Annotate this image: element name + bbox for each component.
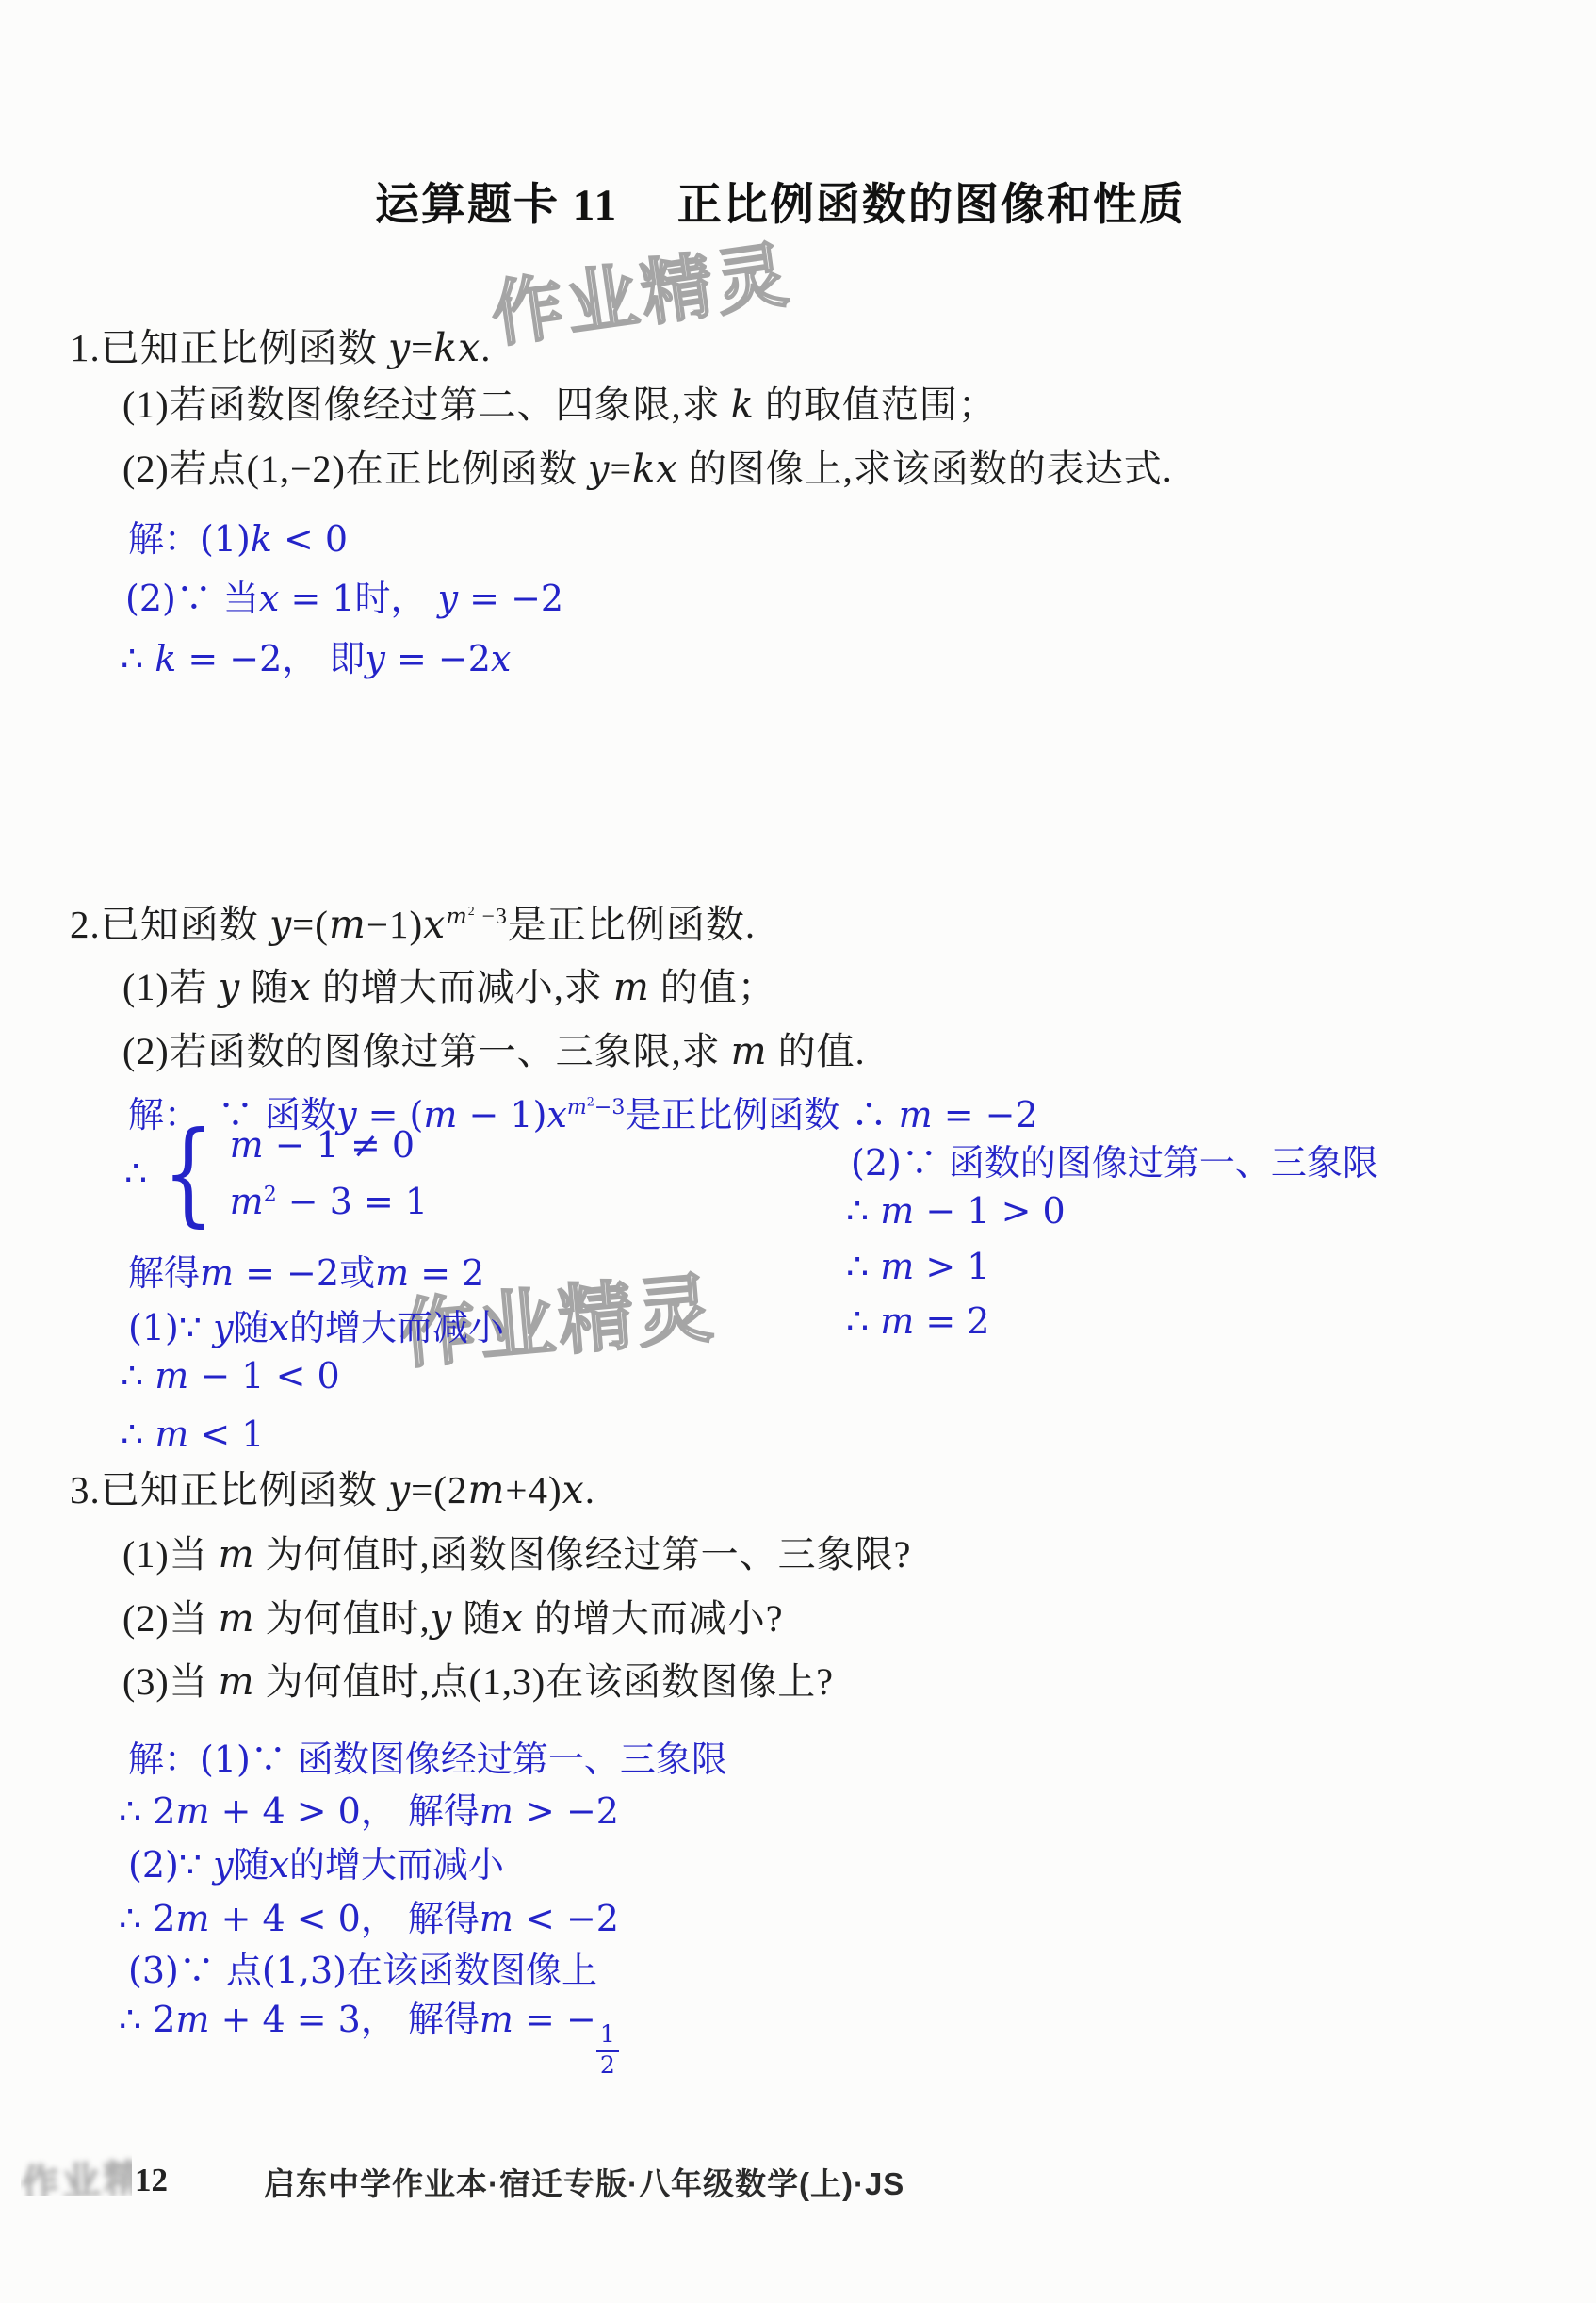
- question-1-part-1: (1)若函数图像经过第二、四象限,求 k 的取值范围；: [122, 375, 997, 429]
- question-2-answer-right-1: (2)∵ 函数的图像过第一、三象限: [851, 1134, 1378, 1185]
- question-2-part-2: (2)若函数的图像过第一、三象限,求 m 的值.: [122, 1021, 866, 1075]
- workbook-page: 运算题卡 11 正比例函数的图像和性质 作业精灵 作业精灵 作业精灵 1.已知正…: [0, 0, 1596, 2303]
- question-3-answer-line-4: ∴ 2m + 4 < 0， 解得m < −2: [119, 1889, 619, 1941]
- question-2-part-1: (1)若 y 随x 的增大而减小,求 m 的值；: [122, 957, 776, 1011]
- question-2-answer-left-3: ∴ m − 1 < 0: [121, 1355, 340, 1396]
- question-3-answer-line-3: (2)∵ y随x的增大而减小: [128, 1836, 504, 1887]
- question-1-answer-line-1: 解：(1)k < 0: [128, 510, 348, 562]
- left-brace-icon: {: [163, 1118, 214, 1230]
- therefore-symbol: ∴: [124, 1152, 147, 1194]
- question-3-part-2: (2)当 m 为何值时,y 随x 的增大而减小?: [122, 1589, 784, 1642]
- question-2-answer-left-1: 解得m = −2或m = 2: [128, 1244, 484, 1296]
- question-1-part-2: (2)若点(1,−2)在正比例函数 y=kx 的图像上,求该函数的表达式.: [122, 439, 1173, 493]
- question-3-answer-line-6: ∴ 2m + 4 = 3， 解得m = −12: [119, 1990, 619, 2080]
- question-2-answer-right-2: ∴ m − 1 > 0: [846, 1190, 1066, 1232]
- question-1-answer-line-2: (2)∵ 当x = 1时， y = −2: [125, 569, 563, 621]
- question-3-answer-line-2: ∴ 2m + 4 > 0， 解得m > −2: [119, 1782, 619, 1834]
- question-2-answer-left-2: (1)∵ y随x的增大而减小: [128, 1298, 504, 1350]
- question-3-answer-line-5: (3)∵ 点(1,3)在该函数图像上: [128, 1941, 597, 1993]
- watermark-footer-text: 作业精灵: [21, 2150, 132, 2196]
- question-2-answer-right-4: ∴ m = 2: [846, 1300, 990, 1342]
- watermark-footer-fragment: 作业精灵: [21, 2150, 132, 2196]
- question-2-answer-left-4: ∴ m < 1: [121, 1413, 265, 1455]
- system-of-equations: ∴ { m − 1 ≠ 0 m2 − 3 = 1: [124, 1123, 428, 1223]
- system-equation-2: m2 − 3 = 1: [230, 1181, 428, 1222]
- question-3-head: 3.已知正比例函数 y=(2m+4)x.: [70, 1459, 595, 1514]
- page-title: 运算题卡 11 正比例函数的图像和性质: [375, 170, 1185, 233]
- system-equation-1: m − 1 ≠ 0: [230, 1124, 428, 1166]
- watermark-top: 作业精灵: [484, 217, 797, 360]
- question-2-head: 2.已知函数 y=(m−1)xm2 −3是正比例函数.: [70, 893, 756, 949]
- question-2-answer-right-3: ∴ m > 1: [846, 1246, 990, 1287]
- question-3-part-1: (1)当 m 为何值时,函数图像经过第一、三象限?: [122, 1525, 911, 1578]
- question-3-part-3: (3)当 m 为何值时,点(1,3)在该函数图像上?: [122, 1652, 834, 1706]
- page-number: 12: [135, 2162, 168, 2199]
- question-1-answer-line-3: ∴ k = −2， 即y = −2x: [121, 629, 511, 681]
- footer-title: 启东中学作业本·宿迁专版·八年级数学(上)·JS: [264, 2160, 904, 2204]
- question-1-head: 1.已知正比例函数 y=kx.: [70, 317, 492, 372]
- question-3-answer-line-1: 解：(1)∵ 函数图像经过第一、三象限: [128, 1730, 727, 1782]
